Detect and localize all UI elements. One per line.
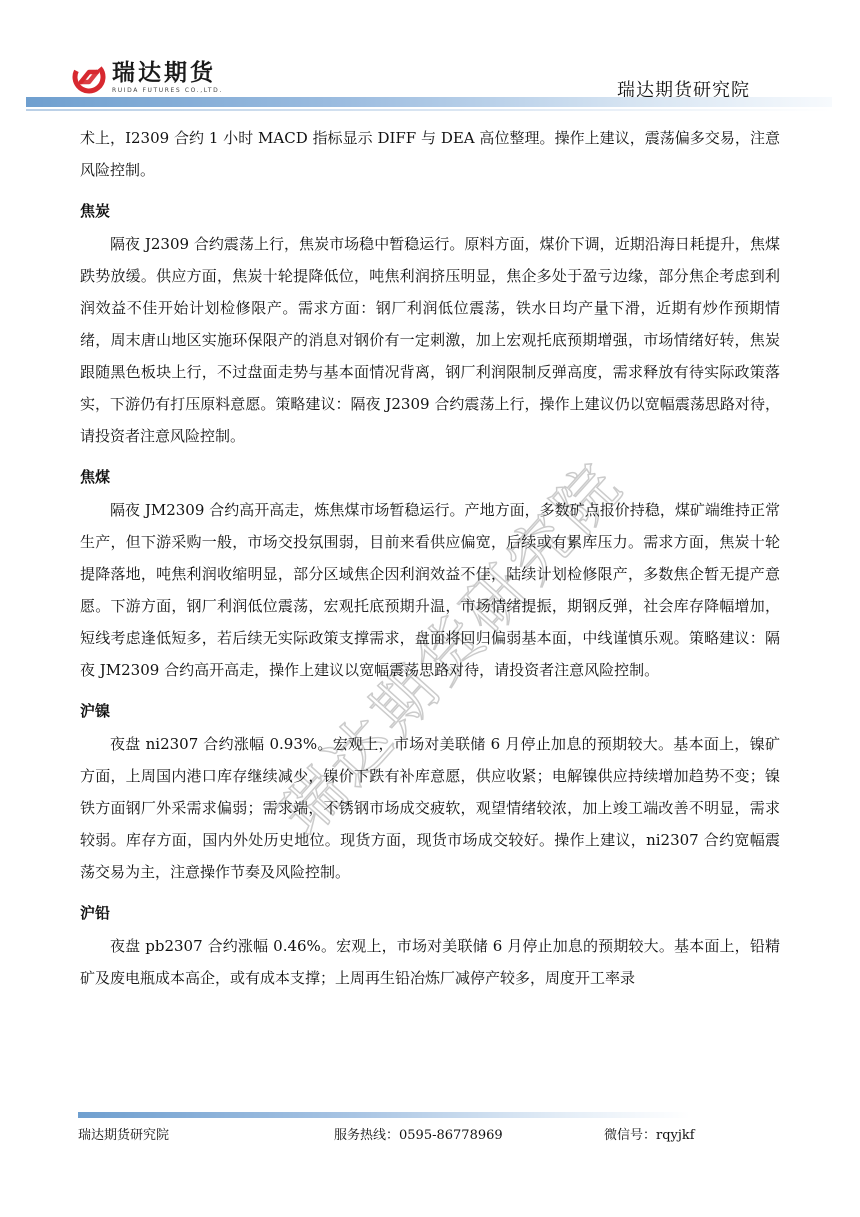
header-gradient-bar [26, 97, 832, 107]
ruida-logo-icon [72, 60, 106, 94]
footer-org-name: 瑞达期货研究院 [78, 1124, 169, 1143]
header-divider [26, 109, 832, 111]
footer-hotline: 服务热线：0595-86778969 [334, 1124, 503, 1143]
wechat-id: rqyjkf [656, 1128, 695, 1143]
section-title: 焦煤 [80, 464, 780, 490]
logo-english-name: RUIDA FUTURES CO.,LTD. [112, 87, 223, 94]
section-coking-coal: 焦煤 隔夜 JM2309 合约高开高走，炼焦煤市场暂稳运行。产地方面，多数矿点报… [80, 464, 780, 686]
hotline-label: 服务热线： [334, 1128, 399, 1143]
section-title: 沪镍 [80, 698, 780, 724]
section-lead: 沪铅 夜盘 pb2307 合约涨幅 0.46%。宏观上，市场对美联储 6 月停止… [80, 900, 780, 994]
section-title: 焦炭 [80, 198, 780, 224]
logo-chinese-name: 瑞达期货 [112, 60, 223, 86]
report-body: 术上，I2309 合约 1 小时 MACD 指标显示 DIFF 与 DEA 高位… [80, 122, 780, 994]
hotline-number: 0595-86778969 [399, 1128, 503, 1143]
wechat-label: 微信号： [604, 1128, 656, 1143]
footer-wechat: 微信号：rqyjkf [604, 1124, 695, 1143]
section-paragraph: 夜盘 pb2307 合约涨幅 0.46%。宏观上，市场对美联储 6 月停止加息的… [80, 930, 780, 994]
company-logo: 瑞达期货 RUIDA FUTURES CO.,LTD. [72, 60, 223, 94]
footer-gradient-bar [78, 1112, 690, 1118]
section-coke: 焦炭 隔夜 J2309 合约震荡上行，焦炭市场稳中暂稳运行。原料方面，煤价下调，… [80, 198, 780, 452]
section-nickel: 沪镍 夜盘 ni2307 合约涨幅 0.93%。宏观上，市场对美联储 6 月停止… [80, 698, 780, 888]
intro-paragraph: 术上，I2309 合约 1 小时 MACD 指标显示 DIFF 与 DEA 高位… [80, 122, 780, 186]
section-paragraph: 隔夜 J2309 合约震荡上行，焦炭市场稳中暂稳运行。原料方面，煤价下调，近期沿… [80, 228, 780, 452]
page-header: 瑞达期货 RUIDA FUTURES CO.,LTD. 瑞达期货研究院 [0, 0, 860, 120]
section-paragraph: 夜盘 ni2307 合约涨幅 0.93%。宏观上，市场对美联储 6 月停止加息的… [80, 728, 780, 888]
page-footer: 瑞达期货研究院 服务热线：0595-86778969 微信号：rqyjkf [78, 1124, 778, 1146]
section-paragraph: 隔夜 JM2309 合约高开高走，炼焦煤市场暂稳运行。产地方面，多数矿点报价持稳… [80, 494, 780, 686]
section-title: 沪铅 [80, 900, 780, 926]
